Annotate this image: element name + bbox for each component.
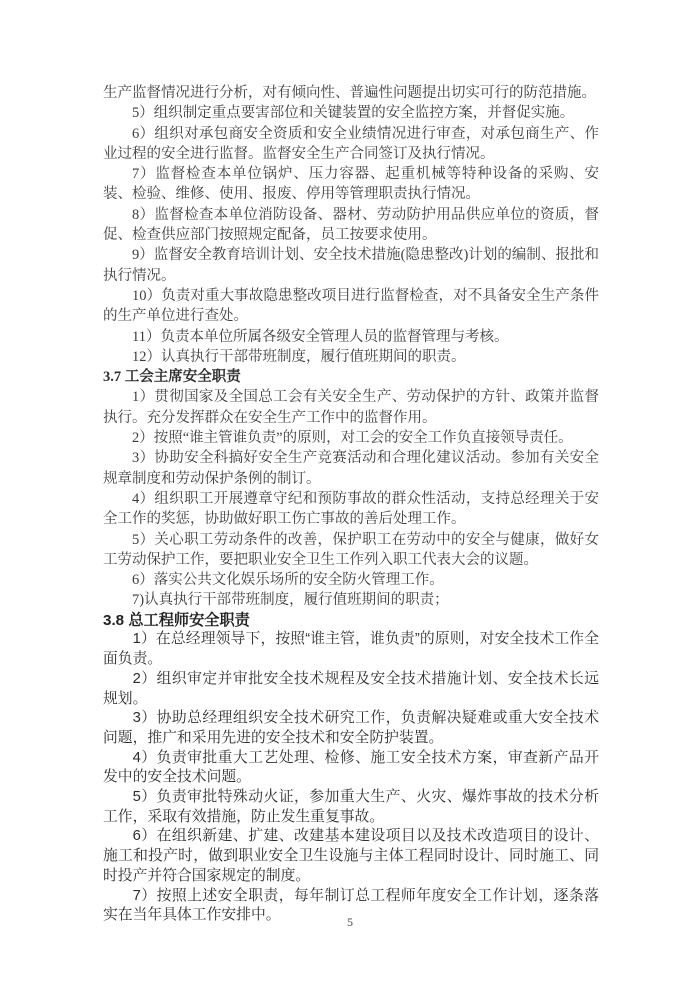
paragraph: 生产监督情况进行分析，对有倾向性、普遍性问题提出切实可行的防范措施。	[103, 83, 599, 103]
list-item: 5）负责审批特殊动火证，参加重大生产、火灾、爆炸事故的技术分析工作，采取有效措施…	[103, 788, 599, 827]
list-item: 5）关心职工劳动条件的改善，保护职工在劳动中的安全与健康，做好女工劳动保护工作，…	[103, 530, 599, 571]
list-item: 3）协助安全科搞好安全生产竞赛活动和合理化建议活动。参加有关安全规章制度和劳动保…	[103, 448, 599, 489]
list-item: 7）监督检查本单位锅炉、压力容器、起重机械等特种设备的采购、安装、检验、维修、使…	[103, 164, 599, 205]
list-item: 10）负责对重大事故隐患整改项目进行监督检查，对不具备安全生产条件的生产单位进行…	[103, 286, 599, 327]
list-item: 6）落实公共文化娱乐场所的安全防火管理工作。	[103, 570, 599, 590]
list-item: 5）组织制定重点要害部位和关键装置的安全监控方案，并督促实施。	[103, 103, 599, 123]
list-item: 6）在组织新建、扩建、改建基本建设项目以及技术改造项目的设计、施工和投产时，做到…	[103, 827, 599, 886]
page-content: 生产监督情况进行分析，对有倾向性、普遍性问题提出切实可行的防范措施。 5）组织制…	[103, 83, 599, 926]
section-heading-3-7: 3.7 工会主席安全职责	[103, 367, 599, 387]
list-item: 3）协助总经理组织安全技术研究工作，负责解决疑难或重大安全技术问题，推广和采用先…	[103, 709, 599, 748]
list-item: 12）认真执行干部带班制度，履行值班期间的职责。	[103, 347, 599, 367]
section-3-8: 3.8 总工程师安全职责 1）在总经理领导下，按照“谁主管，谁负责”的原则，对安…	[103, 611, 599, 926]
section-heading-3-8: 3.8 总工程师安全职责	[103, 611, 599, 631]
list-item: 6）组织对承包商安全资质和安全业绩情况进行审查，对承包商生产、作业过程的安全进行…	[103, 124, 599, 165]
list-item: 2）组织审定并审批安全技术规程及安全技术措施计划、安全技术长远规划。	[103, 670, 599, 709]
section-prev-continuation: 生产监督情况进行分析，对有倾向性、普遍性问题提出切实可行的防范措施。 5）组织制…	[103, 83, 599, 367]
list-item: 4）负责审批重大工艺处理、检修、施工安全技术方案，审查新产品开发中的安全技术问题…	[103, 749, 599, 788]
section-3-7: 3.7 工会主席安全职责 1）贯彻国家及全国总工会有关安全生产、劳动保护的方针、…	[103, 367, 599, 611]
list-item: 9）监督安全教育培训计划、安全技术措施(隐患整改)计划的编制、报批和执行情况。	[103, 245, 599, 286]
list-item: 7)认真执行干部带班制度，履行值班期间的职责；	[103, 590, 599, 610]
list-item: 1）贯彻国家及全国总工会有关安全生产、劳动保护的方针、政策并监督执行。充分发挥群…	[103, 387, 599, 428]
list-item: 4）组织职工开展遵章守纪和预防事故的群众性活动，支持总经理关于安全工作的奖惩，协…	[103, 489, 599, 530]
list-item: 2）按照“谁主管谁负责”的原则，对工会的安全工作负直接领导责任。	[103, 428, 599, 448]
list-item: 8）监督检查本单位消防设备、器材、劳动防护用品供应单位的资质，督促、检查供应部门…	[103, 205, 599, 246]
list-item: 11）负责本单位所属各级安全管理人员的监督管理与考核。	[103, 327, 599, 347]
list-item: 1）在总经理领导下，按照“谁主管，谁负责”的原则，对安全技术工作全面负责。	[103, 630, 599, 669]
page-number: 5	[0, 915, 700, 930]
document-page: 生产监督情况进行分析，对有倾向性、普遍性问题提出切实可行的防范措施。 5）组织制…	[0, 0, 700, 990]
